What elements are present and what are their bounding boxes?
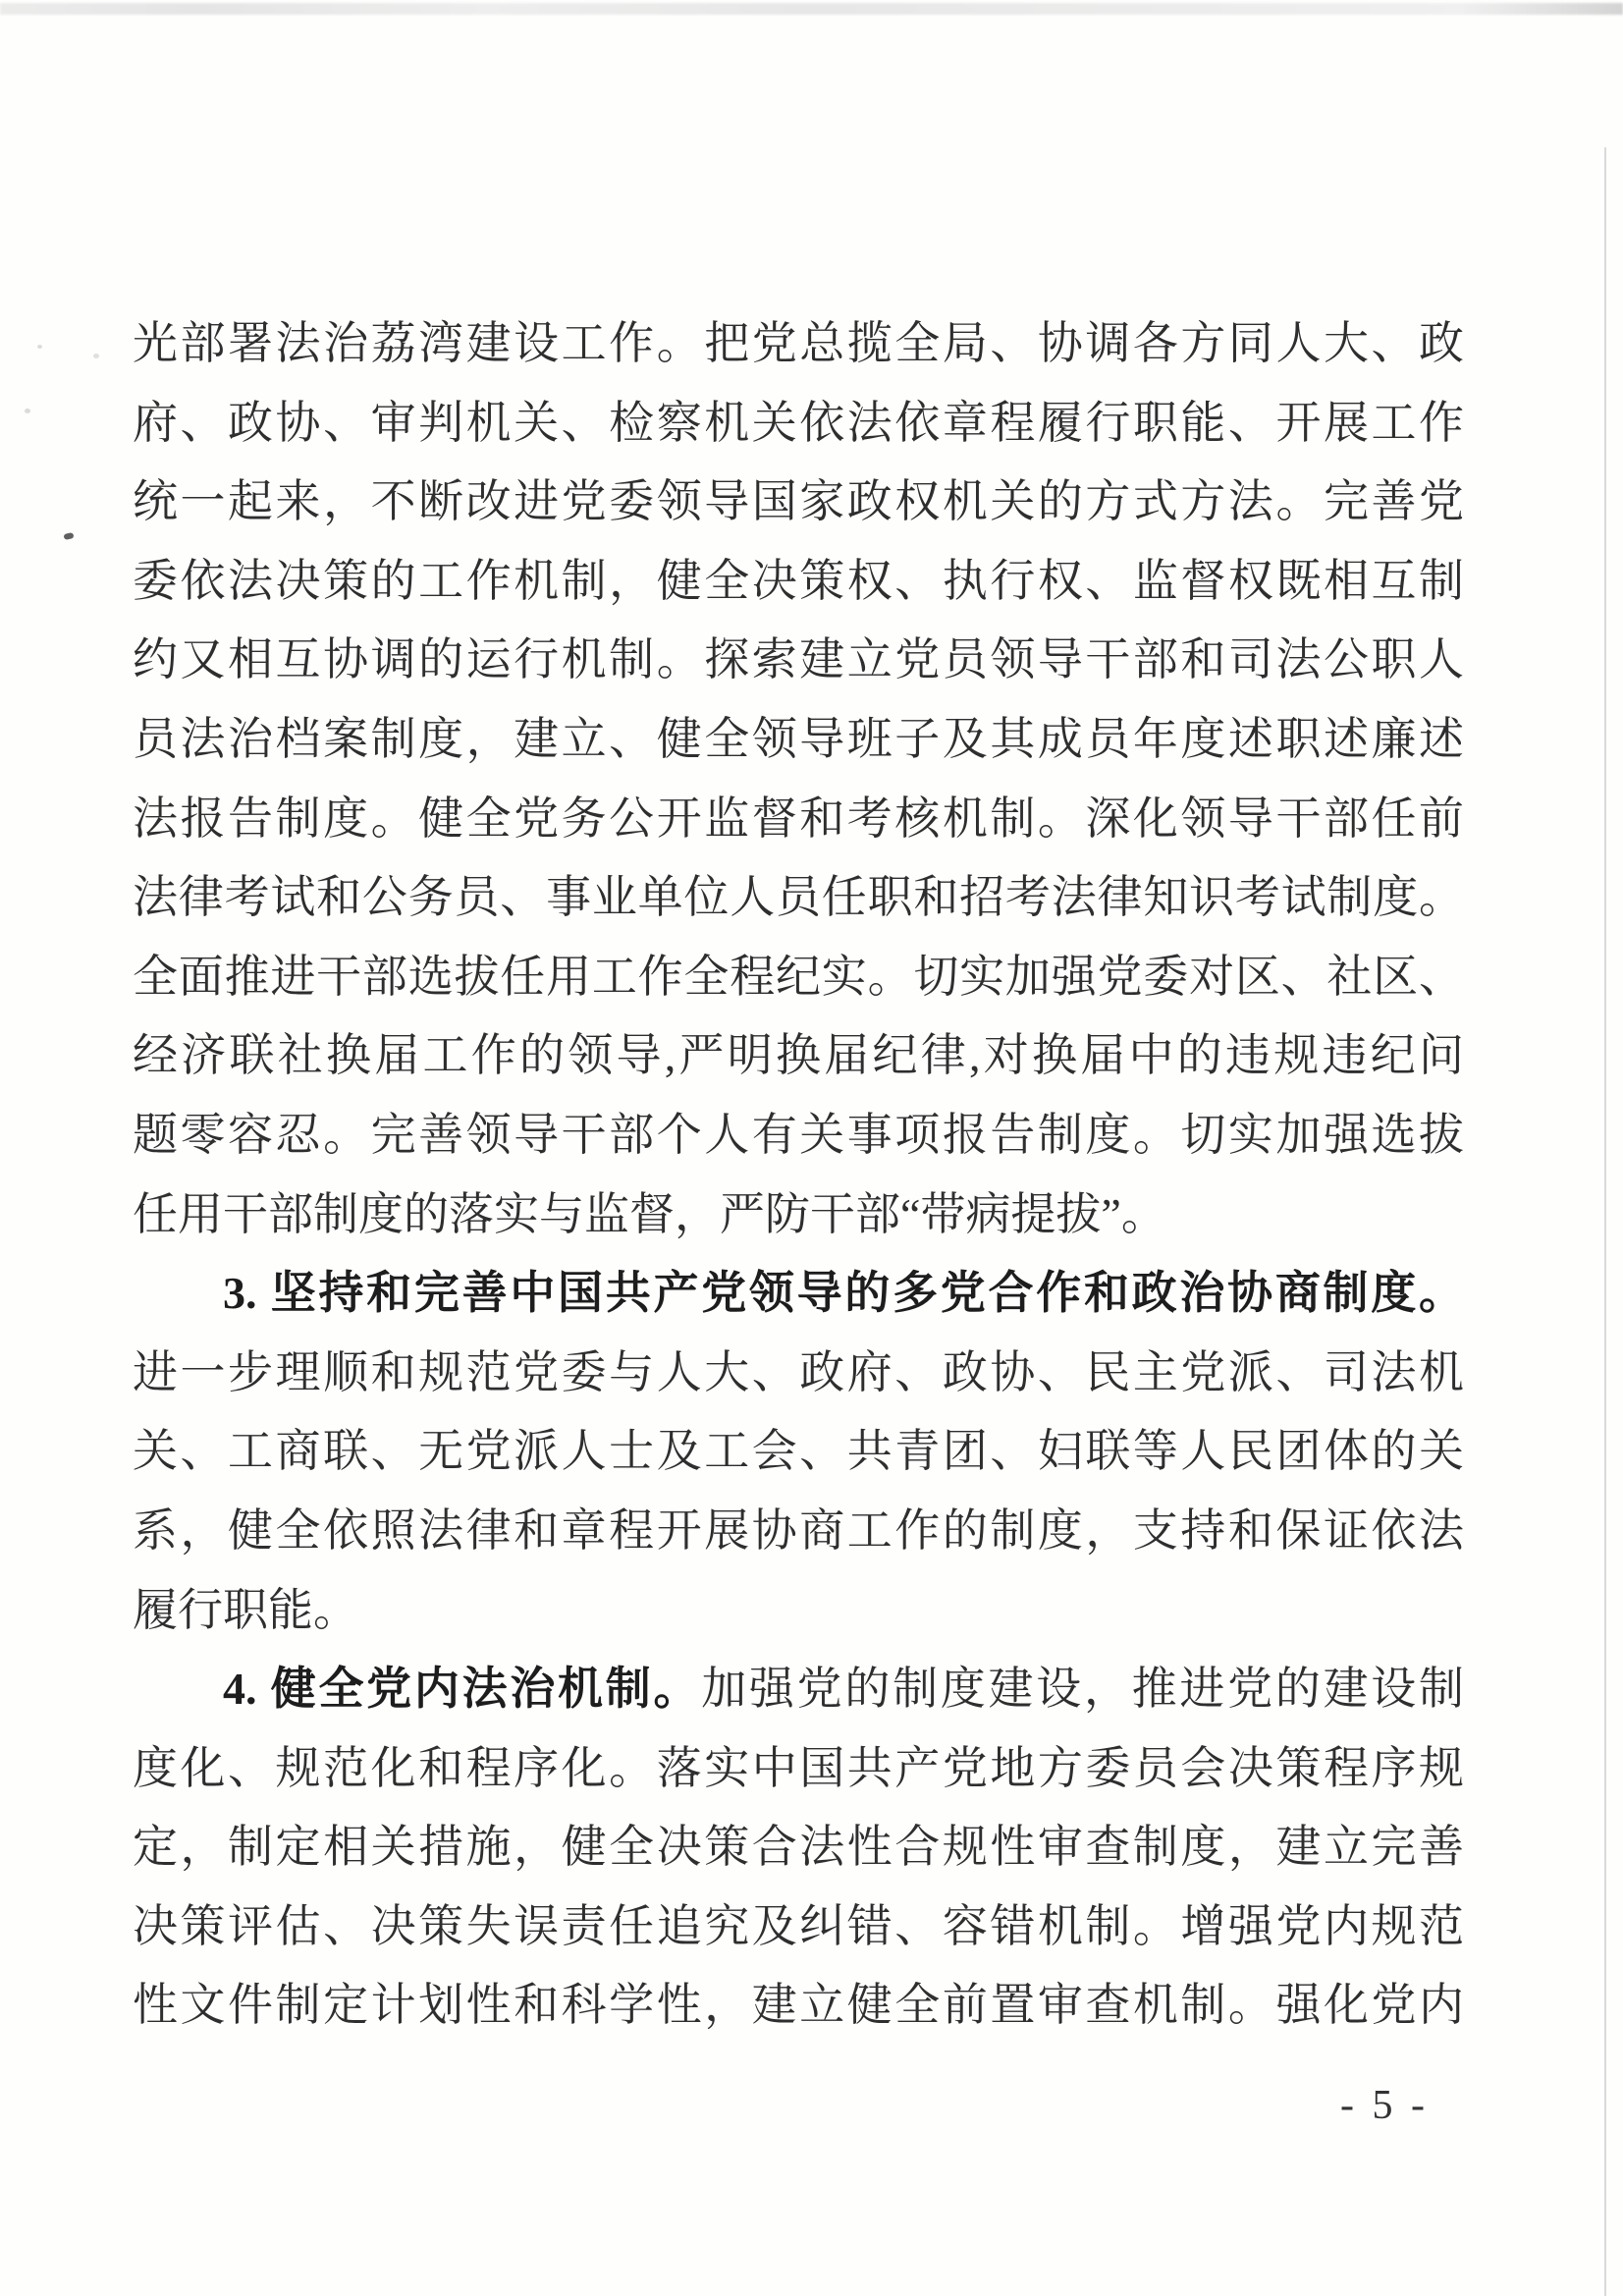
text-line: 系，健全依照法律和章程开展协商工作的制度，支持和保证依法 (133, 1492, 1464, 1571)
text-line: 履行职能。 (133, 1571, 1464, 1651)
scan-artifact-top-band (0, 3, 1623, 15)
text-line: 定，制定相关措施，健全决策合法性合规性审查制度，建立完善 (133, 1808, 1464, 1887)
body-text-block: 光部署法治荔湾建设工作。把党总揽全局、协调各方同人大、政 府、政协、审判机关、检… (133, 304, 1464, 2046)
scan-artifact-right-line (1604, 147, 1606, 2296)
text-run: 加强党的制度建设，推进党的建设制 (701, 1664, 1464, 1714)
page-number: - 5 - (1340, 2082, 1429, 2129)
text-line: 光部署法治荔湾建设工作。把党总揽全局、协调各方同人大、政 (133, 304, 1464, 384)
heading-item-3: 3. 坚持和完善中国共产党领导的多党合作和政治协商制度。 (133, 1254, 1464, 1334)
ink-speck (63, 532, 74, 540)
text-line: 性文件制定计划性和科学性，建立健全前置审查机制。强化党内 (133, 1966, 1464, 2046)
text-line: 委依法决策的工作机制，健全决策权、执行权、监督权既相互制 (133, 542, 1464, 622)
text-line: 统一起来，不断改进党委领导国家政权机关的方式方法。完善党 (133, 463, 1464, 542)
ink-speck (93, 354, 99, 358)
heading-item-4: 4. 健全党内法治机制。加强党的制度建设，推进党的建设制 (133, 1650, 1464, 1729)
heading-item-4-label: 4. 健全党内法治机制。 (223, 1664, 701, 1714)
text-line: 关、工商联、无党派人士及工会、共青团、妇联等人民团体的关 (133, 1412, 1464, 1492)
text-line: 全面推进干部选拔任用工作全程纪实。切实加强党委对区、社区、 (133, 938, 1464, 1017)
text-line: 任用干部制度的落实与监督，严防干部“带病提拔”。 (133, 1175, 1464, 1255)
text-line: 法报告制度。健全党务公开监督和考核机制。深化领导干部任前 (133, 780, 1464, 859)
text-line: 员法治档案制度，建立、健全领导班子及其成员年度述职述廉述 (133, 700, 1464, 780)
ink-speck (25, 409, 30, 413)
text-line: 题零容忍。完善领导干部个人有关事项报告制度。切实加强选拔 (133, 1096, 1464, 1175)
text-line: 府、政协、审判机关、检察机关依法依章程履行职能、开展工作 (133, 384, 1464, 464)
text-line: 法律考试和公务员、事业单位人员任职和招考法律知识考试制度。 (133, 858, 1464, 938)
text-line: 进一步理顺和规范党委与人大、政府、政协、民主党派、司法机 (133, 1334, 1464, 1413)
scanned-document-page: 光部署法治荔湾建设工作。把党总揽全局、协调各方同人大、政 府、政协、审判机关、检… (0, 0, 1623, 2296)
ink-speck (37, 345, 42, 349)
heading-item-3-label: 3. 坚持和完善中国共产党领导的多党合作和政治协商制度。 (223, 1268, 1464, 1318)
text-line: 经济联社换届工作的领导,严明换届纪律,对换届中的违规违纪问 (133, 1016, 1464, 1096)
text-line: 决策评估、决策失误责任追究及纠错、容错机制。增强党内规范 (133, 1887, 1464, 1967)
text-line: 度化、规范化和程序化。落实中国共产党地方委员会决策程序规 (133, 1729, 1464, 1809)
text-line: 约又相互协调的运行机制。探索建立党员领导干部和司法公职人 (133, 621, 1464, 700)
